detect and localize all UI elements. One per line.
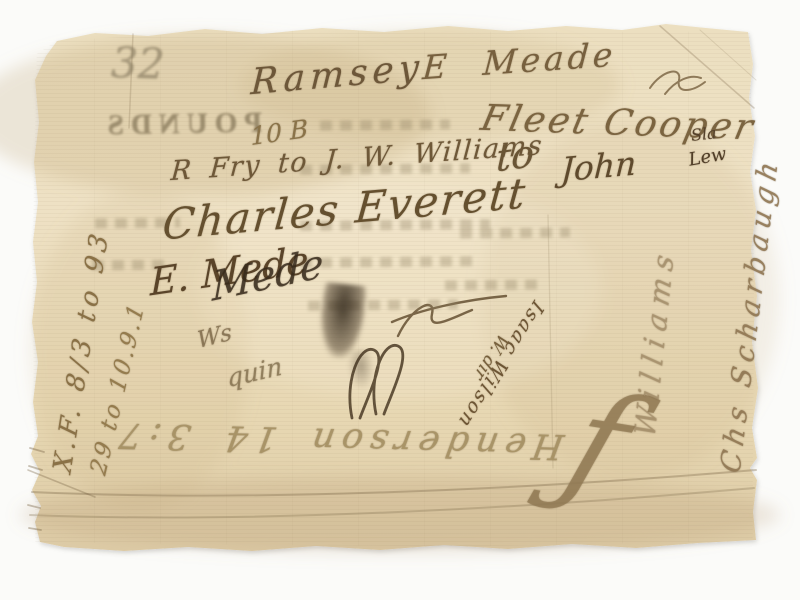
ink-blot [316, 282, 367, 360]
inscription-john: John [560, 143, 637, 189]
bleed-line [460, 227, 570, 238]
bleed-line [320, 119, 450, 130]
bleed-line [300, 256, 480, 268]
print-bleed-pounds: POUNDS [101, 107, 263, 143]
pencil-mark: 32 [110, 38, 165, 89]
scanned-document: POUNDS 32 Ramsey E Meade Fleet Cooper 10… [0, 0, 800, 600]
inscription-sla: Sla [690, 123, 717, 145]
ink-smudge [347, 349, 376, 391]
bleed-line [445, 280, 540, 291]
